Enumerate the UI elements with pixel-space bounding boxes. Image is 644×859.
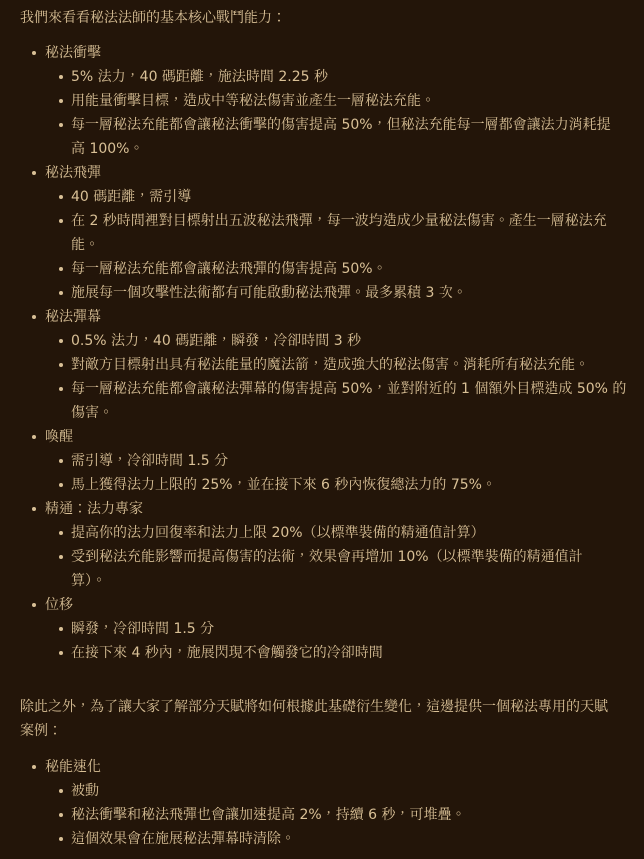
ability-details-list: 5% 法力，40 碼距離，施法時間 2.25 秒用能量衝擊目標，造成中等秘法傷害… bbox=[45, 65, 625, 161]
detail-line: 受到秘法充能影響而提高傷害的法術，效果會再增加 10%（以標準裝備的精通值計 bbox=[71, 545, 625, 569]
detail-line: 算）。 bbox=[71, 569, 625, 593]
bullet-icon bbox=[32, 51, 36, 55]
detail-line: 需引導，冷卻時間 1.5 分 bbox=[71, 449, 625, 473]
ability-details-list: 提高你的法力回復率和法力上限 20%（以標準裝備的精通值計算）受到秘法充能影響而… bbox=[45, 521, 625, 593]
detail-item: 需引導，冷卻時間 1.5 分 bbox=[45, 449, 625, 473]
detail-line: 能。 bbox=[71, 233, 625, 257]
talent-example-list: 秘能速化被動秘法衝擊和秘法飛彈也會讓加速提高 2%，持續 6 秒，可堆疊。這個效… bbox=[20, 755, 625, 851]
detail-item: 這個效果會在施展秘法彈幕時清除。 bbox=[45, 827, 625, 851]
detail-line: 被動 bbox=[71, 779, 625, 803]
ability-name: 喚醒 bbox=[45, 425, 625, 449]
talent-intro-paragraph: 除此之外，為了讓大家了解部分天賦將如何根據此基礎衍生變化，這邊提供一個秘法專用的… bbox=[20, 695, 625, 743]
bullet-icon bbox=[59, 195, 63, 199]
detail-line: 這個效果會在施展秘法彈幕時清除。 bbox=[71, 827, 625, 851]
detail-item: 每一層秘法充能都會讓秘法飛彈的傷害提高 50%。 bbox=[45, 257, 625, 281]
detail-item: 用能量衝擊目標，造成中等秘法傷害並產生一層秘法充能。 bbox=[45, 89, 625, 113]
bullet-icon bbox=[32, 435, 36, 439]
detail-item: 受到秘法充能影響而提高傷害的法術，效果會再增加 10%（以標準裝備的精通值計算）… bbox=[45, 545, 625, 593]
bullet-icon bbox=[59, 123, 63, 127]
ability-item: 精通：法力專家提高你的法力回復率和法力上限 20%（以標準裝備的精通值計算）受到… bbox=[20, 497, 625, 593]
detail-line: 0.5% 法力，40 碼距離，瞬發，冷卻時間 3 秒 bbox=[71, 329, 625, 353]
detail-line: 在接下來 4 秒內，施展閃現不會觸發它的冷卻時間 bbox=[71, 641, 625, 665]
paragraph-line: 案例： bbox=[20, 719, 625, 743]
detail-item: 在 2 秒時間裡對目標射出五波秘法飛彈，每一波均造成少量秘法傷害。產生一層秘法充… bbox=[45, 209, 625, 257]
ability-name: 秘法衝擊 bbox=[45, 41, 625, 65]
bullet-icon bbox=[59, 219, 63, 223]
detail-line: 每一層秘法充能都會讓秘法衝擊的傷害提高 50%，但秘法充能每一層都會讓法力消耗提 bbox=[71, 113, 625, 137]
bullet-icon bbox=[32, 171, 36, 175]
ability-item: 秘法飛彈40 碼距離，需引導在 2 秒時間裡對目標射出五波秘法飛彈，每一波均造成… bbox=[20, 161, 625, 305]
detail-item: 提高你的法力回復率和法力上限 20%（以標準裝備的精通值計算） bbox=[45, 521, 625, 545]
bullet-icon bbox=[59, 339, 63, 343]
detail-item: 在接下來 4 秒內，施展閃現不會觸發它的冷卻時間 bbox=[45, 641, 625, 665]
ability-name: 位移 bbox=[45, 593, 625, 617]
detail-line: 高 100%。 bbox=[71, 137, 625, 161]
detail-item: 40 碼距離，需引導 bbox=[45, 185, 625, 209]
ability-item: 秘能速化被動秘法衝擊和秘法飛彈也會讓加速提高 2%，持續 6 秒，可堆疊。這個效… bbox=[20, 755, 625, 851]
bullet-icon bbox=[32, 603, 36, 607]
bullet-icon bbox=[59, 651, 63, 655]
detail-line: 用能量衝擊目標，造成中等秘法傷害並產生一層秘法充能。 bbox=[71, 89, 625, 113]
ability-details-list: 被動秘法衝擊和秘法飛彈也會讓加速提高 2%，持續 6 秒，可堆疊。這個效果會在施… bbox=[45, 779, 625, 851]
ability-item: 秘法彈幕0.5% 法力，40 碼距離，瞬發，冷卻時間 3 秒對敵方目標射出具有秘… bbox=[20, 305, 625, 425]
bullet-icon bbox=[59, 531, 63, 535]
detail-line: 每一層秘法充能都會讓秘法彈幕的傷害提高 50%，並對附近的 1 個額外目標造成 … bbox=[71, 377, 625, 401]
bullet-icon bbox=[59, 483, 63, 487]
bullet-icon bbox=[32, 507, 36, 511]
ability-name: 秘法飛彈 bbox=[45, 161, 625, 185]
detail-item: 對敵方目標射出具有秘法能量的魔法箭，造成強大的秘法傷害。消耗所有秘法充能。 bbox=[45, 353, 625, 377]
ability-details-list: 瞬發，冷卻時間 1.5 分在接下來 4 秒內，施展閃現不會觸發它的冷卻時間 bbox=[45, 617, 625, 665]
detail-item: 被動 bbox=[45, 779, 625, 803]
detail-line: 40 碼距離，需引導 bbox=[71, 185, 625, 209]
detail-item: 0.5% 法力，40 碼距離，瞬發，冷卻時間 3 秒 bbox=[45, 329, 625, 353]
ability-name: 秘能速化 bbox=[45, 755, 625, 779]
detail-line: 施展每一個攻擊性法術都有可能啟動秘法飛彈。最多累積 3 次。 bbox=[71, 281, 625, 305]
detail-line: 瞬發，冷卻時間 1.5 分 bbox=[71, 617, 625, 641]
bullet-icon bbox=[59, 387, 63, 391]
bullet-icon bbox=[59, 627, 63, 631]
bullet-icon bbox=[59, 75, 63, 79]
ability-details-list: 40 碼距離，需引導在 2 秒時間裡對目標射出五波秘法飛彈，每一波均造成少量秘法… bbox=[45, 185, 625, 305]
detail-line: 在 2 秒時間裡對目標射出五波秘法飛彈，每一波均造成少量秘法傷害。產生一層秘法充 bbox=[71, 209, 625, 233]
bullet-icon bbox=[59, 555, 63, 559]
bullet-icon bbox=[59, 459, 63, 463]
bullet-icon bbox=[59, 99, 63, 103]
detail-item: 秘法衝擊和秘法飛彈也會讓加速提高 2%，持續 6 秒，可堆疊。 bbox=[45, 803, 625, 827]
bullet-icon bbox=[32, 765, 36, 769]
ability-item: 喚醒需引導，冷卻時間 1.5 分馬上獲得法力上限的 25%，並在接下來 6 秒內… bbox=[20, 425, 625, 497]
detail-line: 提高你的法力回復率和法力上限 20%（以標準裝備的精通值計算） bbox=[71, 521, 625, 545]
ability-details-list: 0.5% 法力，40 碼距離，瞬發，冷卻時間 3 秒對敵方目標射出具有秘法能量的… bbox=[45, 329, 625, 425]
ability-name: 精通：法力專家 bbox=[45, 497, 625, 521]
core-abilities-list: 秘法衝擊5% 法力，40 碼距離，施法時間 2.25 秒用能量衝擊目標，造成中等… bbox=[20, 41, 625, 665]
paragraph-line: 除此之外，為了讓大家了解部分天賦將如何根據此基礎衍生變化，這邊提供一個秘法專用的… bbox=[20, 695, 625, 719]
bullet-icon bbox=[59, 291, 63, 295]
paragraph-line: 我們來看看秘法法師的基本核心戰鬥能力： bbox=[20, 6, 625, 30]
detail-item: 馬上獲得法力上限的 25%，並在接下來 6 秒內恢復總法力的 75%。 bbox=[45, 473, 625, 497]
ability-item: 位移瞬發，冷卻時間 1.5 分在接下來 4 秒內，施展閃現不會觸發它的冷卻時間 bbox=[20, 593, 625, 665]
detail-line: 每一層秘法充能都會讓秘法飛彈的傷害提高 50%。 bbox=[71, 257, 625, 281]
ability-name: 秘法彈幕 bbox=[45, 305, 625, 329]
document-body: 我們來看看秘法法師的基本核心戰鬥能力： 秘法衝擊5% 法力，40 碼距離，施法時… bbox=[0, 0, 644, 851]
detail-line: 傷害。 bbox=[71, 401, 625, 425]
intro-paragraph: 我們來看看秘法法師的基本核心戰鬥能力： bbox=[20, 6, 625, 30]
bullet-icon bbox=[59, 363, 63, 367]
detail-item: 瞬發，冷卻時間 1.5 分 bbox=[45, 617, 625, 641]
bullet-icon bbox=[59, 789, 63, 793]
bullet-icon bbox=[32, 315, 36, 319]
detail-line: 秘法衝擊和秘法飛彈也會讓加速提高 2%，持續 6 秒，可堆疊。 bbox=[71, 803, 625, 827]
bullet-icon bbox=[59, 837, 63, 841]
detail-line: 5% 法力，40 碼距離，施法時間 2.25 秒 bbox=[71, 65, 625, 89]
bullet-icon bbox=[59, 813, 63, 817]
detail-item: 每一層秘法充能都會讓秘法彈幕的傷害提高 50%，並對附近的 1 個額外目標造成 … bbox=[45, 377, 625, 425]
ability-details-list: 需引導，冷卻時間 1.5 分馬上獲得法力上限的 25%，並在接下來 6 秒內恢復… bbox=[45, 449, 625, 497]
detail-item: 5% 法力，40 碼距離，施法時間 2.25 秒 bbox=[45, 65, 625, 89]
detail-line: 對敵方目標射出具有秘法能量的魔法箭，造成強大的秘法傷害。消耗所有秘法充能。 bbox=[71, 353, 625, 377]
detail-item: 每一層秘法充能都會讓秘法衝擊的傷害提高 50%，但秘法充能每一層都會讓法力消耗提… bbox=[45, 113, 625, 161]
detail-item: 施展每一個攻擊性法術都有可能啟動秘法飛彈。最多累積 3 次。 bbox=[45, 281, 625, 305]
detail-line: 馬上獲得法力上限的 25%，並在接下來 6 秒內恢復總法力的 75%。 bbox=[71, 473, 625, 497]
ability-item: 秘法衝擊5% 法力，40 碼距離，施法時間 2.25 秒用能量衝擊目標，造成中等… bbox=[20, 41, 625, 161]
bullet-icon bbox=[59, 267, 63, 271]
